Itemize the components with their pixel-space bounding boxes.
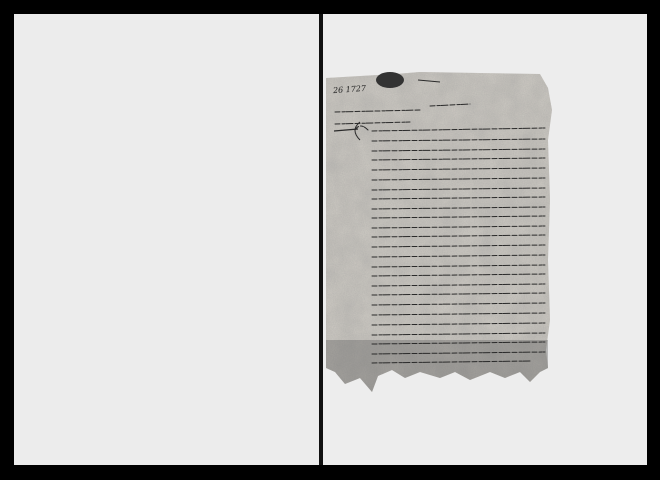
manuscript-scan (0, 0, 660, 480)
